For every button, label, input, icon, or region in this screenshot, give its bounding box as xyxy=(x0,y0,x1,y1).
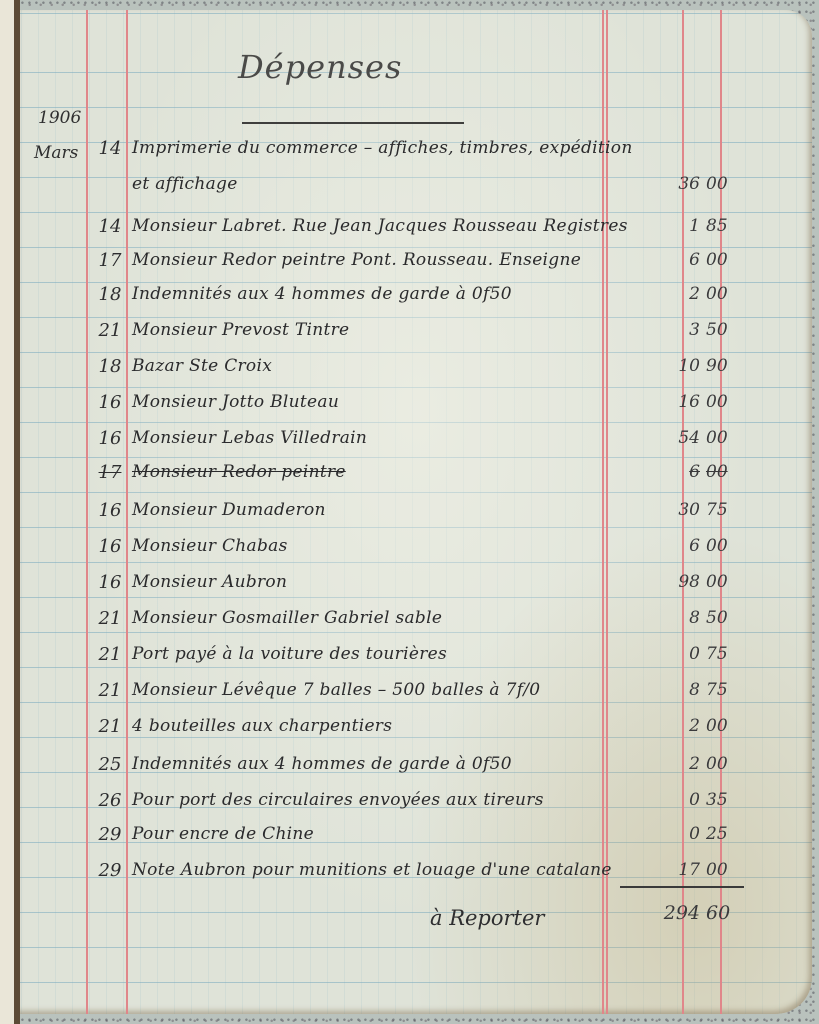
ledger-row: 14 Monsieur Labret. Rue Jean Jacques Rou… xyxy=(20,216,812,250)
entry-cents: 75 xyxy=(702,500,746,520)
ledger-row: 21 4 bouteilles aux charpentiers 2 00 xyxy=(20,716,812,750)
entry-cents: 50 xyxy=(702,608,746,628)
entry-description: 4 bouteilles aux charpentiers xyxy=(132,716,392,736)
entry-cents: 35 xyxy=(702,790,746,810)
total-underline xyxy=(620,886,744,888)
entry-francs: 3 xyxy=(636,320,700,340)
entry-francs: 16 xyxy=(636,392,700,412)
entry-cents: 00 xyxy=(702,536,746,556)
entry-description: Monsieur Jotto Bluteau xyxy=(132,392,339,412)
carry-forward-label: à Reporter xyxy=(430,906,544,930)
entry-day: 29 xyxy=(92,860,128,881)
entry-cents: 25 xyxy=(702,824,746,844)
entry-cents: 00 xyxy=(702,284,746,304)
entry-description: Port payé à la voiture des tourières xyxy=(132,644,447,664)
entry-description-continuation: et affichage xyxy=(132,174,238,194)
entry-description: Monsieur Chabas xyxy=(132,536,288,556)
entry-francs: 10 xyxy=(636,356,700,376)
entry-day: 18 xyxy=(92,356,128,377)
entry-francs: 0 xyxy=(636,644,700,664)
entry-description: Indemnités aux 4 hommes de garde à 0f50 xyxy=(132,284,512,304)
entry-cents: 00 xyxy=(702,860,746,880)
entry-cents: 00 xyxy=(702,572,746,592)
entry-cents: 00 xyxy=(702,716,746,736)
entry-francs: 6 xyxy=(636,462,700,482)
entry-day: 16 xyxy=(92,572,128,593)
entry-francs: 2 xyxy=(636,754,700,774)
ledger-row: 16 Monsieur Dumaderon 30 75 xyxy=(20,500,812,534)
entry-description: Monsieur Prevost Tintre xyxy=(132,320,349,340)
ledger-row: 16 Monsieur Jotto Bluteau 16 00 xyxy=(20,392,812,426)
total-cents: 60 xyxy=(706,902,730,924)
ledger-row: 16 Monsieur Chabas 6 00 xyxy=(20,536,812,570)
entry-day: 16 xyxy=(92,500,128,521)
entry-description: Monsieur Redor peintre Pont. Rousseau. E… xyxy=(132,250,581,270)
entry-francs: 0 xyxy=(636,824,700,844)
entry-description: Monsieur Redor peintre xyxy=(132,462,346,482)
entry-day: 16 xyxy=(92,536,128,557)
entry-cents: 85 xyxy=(702,216,746,236)
entry-day: 18 xyxy=(92,284,128,305)
entry-francs: 98 xyxy=(636,572,700,592)
entry-description: Note Aubron pour munitions et louage d'u… xyxy=(132,860,612,880)
ledger-row: 25 Indemnités aux 4 hommes de garde à 0f… xyxy=(20,754,812,788)
ledger-page: Dépenses 1906 Mars 14 Imprimerie du comm… xyxy=(20,10,812,1014)
title-underline xyxy=(242,122,464,124)
entry-description: Pour port des circulaires envoyées aux t… xyxy=(132,790,544,810)
ledger-row: 18 Indemnités aux 4 hommes de garde à 0f… xyxy=(20,284,812,318)
page-title: Dépenses xyxy=(238,48,402,86)
entry-description: Monsieur Aubron xyxy=(132,572,287,592)
ledger-row-struck: 17 Monsieur Redor peintre 6 00 xyxy=(20,462,812,496)
entry-day: 14 xyxy=(92,216,128,237)
entry-description: Imprimerie du commerce – affiches, timbr… xyxy=(132,138,633,158)
ledger-row: 21 Port payé à la voiture des tourières … xyxy=(20,644,812,678)
ledger-row: 21 Monsieur Lévêque 7 balles – 500 balle… xyxy=(20,680,812,714)
entry-francs: 2 xyxy=(636,716,700,736)
entry-day: 21 xyxy=(92,716,128,737)
entry-description: Bazar Ste Croix xyxy=(132,356,272,376)
entry-francs: 1 xyxy=(636,216,700,236)
entry-francs: 36 xyxy=(636,174,700,194)
entry-cents: 50 xyxy=(702,320,746,340)
entry-day: 17 xyxy=(92,462,128,483)
entry-cents: 00 xyxy=(702,428,746,448)
entry-francs: 2 xyxy=(636,284,700,304)
entry-cents: 75 xyxy=(702,680,746,700)
entry-cents: 00 xyxy=(702,250,746,270)
entry-cents: 00 xyxy=(702,392,746,412)
entry-description: Monsieur Lévêque 7 balles – 500 balles à… xyxy=(132,680,540,700)
entry-francs: 30 xyxy=(636,500,700,520)
ledger-row: 14 Imprimerie du commerce – affiches, ti… xyxy=(20,138,812,172)
ledger-row: 29 Pour encre de Chine 0 25 xyxy=(20,824,812,858)
entry-francs: 0 xyxy=(636,790,700,810)
entry-day: 14 xyxy=(92,138,128,159)
entry-day: 17 xyxy=(92,250,128,271)
ledger-row: 21 Monsieur Prevost Tintre 3 50 xyxy=(20,320,812,354)
entry-cents: 00 xyxy=(702,462,746,482)
ledger-row: 26 Pour port des circulaires envoyées au… xyxy=(20,790,812,824)
entry-cents: 75 xyxy=(702,644,746,664)
entry-francs: 6 xyxy=(636,536,700,556)
ledger-row: 17 Monsieur Redor peintre Pont. Rousseau… xyxy=(20,250,812,284)
ledger-row: 16 Monsieur Aubron 98 00 xyxy=(20,572,812,606)
entry-day: 21 xyxy=(92,608,128,629)
entry-francs: 8 xyxy=(636,680,700,700)
entry-francs: 8 xyxy=(636,608,700,628)
entry-description: Monsieur Labret. Rue Jean Jacques Rousse… xyxy=(132,216,628,236)
entry-cents: 90 xyxy=(702,356,746,376)
entry-description: Monsieur Lebas Villedrain xyxy=(132,428,367,448)
ledger-row-continuation: et affichage 36 00 xyxy=(20,174,812,208)
entry-day: 21 xyxy=(92,680,128,701)
total-francs: 294 xyxy=(636,902,700,924)
entry-day: 25 xyxy=(92,754,128,775)
entry-francs: 54 xyxy=(636,428,700,448)
ledger-row: 18 Bazar Ste Croix 10 90 xyxy=(20,356,812,390)
entry-day: 29 xyxy=(92,824,128,845)
ledger-row: 29 Note Aubron pour munitions et louage … xyxy=(20,860,812,894)
entry-day: 21 xyxy=(92,320,128,341)
notebook-cover-edge xyxy=(0,0,20,1024)
entry-day: 16 xyxy=(92,428,128,449)
ledger-row: 16 Monsieur Lebas Villedrain 54 00 xyxy=(20,428,812,462)
entry-description: Pour encre de Chine xyxy=(132,824,314,844)
entry-day: 21 xyxy=(92,644,128,665)
entry-francs: 17 xyxy=(636,860,700,880)
entry-day: 26 xyxy=(92,790,128,811)
entry-description: Monsieur Gosmailler Gabriel sable xyxy=(132,608,442,628)
ledger-row: 21 Monsieur Gosmailler Gabriel sable 8 5… xyxy=(20,608,812,642)
entry-cents: 00 xyxy=(702,754,746,774)
entry-description: Monsieur Dumaderon xyxy=(132,500,326,520)
entry-description: Indemnités aux 4 hommes de garde à 0f50 xyxy=(132,754,512,774)
entry-day: 16 xyxy=(92,392,128,413)
entry-francs: 6 xyxy=(636,250,700,270)
year-label: 1906 xyxy=(38,108,81,128)
entry-cents: 00 xyxy=(702,174,746,194)
